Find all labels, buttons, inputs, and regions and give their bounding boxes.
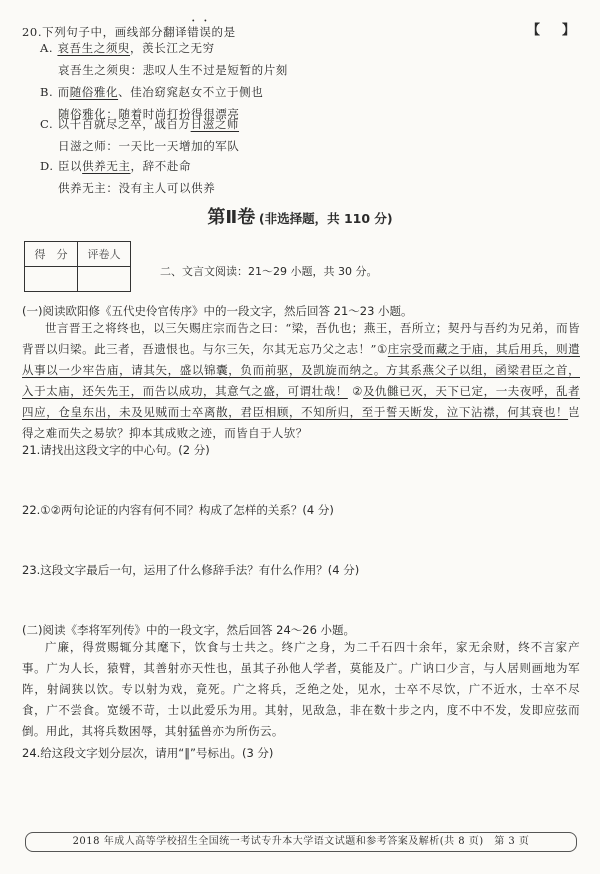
grader-table: 得 分 评卷人 [24,241,131,292]
option-b: B. 而随俗雅化、佳冶窈窕赵女不立于侧也 [40,84,263,100]
section-title-main: 第Ⅱ卷 [207,207,255,228]
question-22: 22.①②两句论证的内容有何不同？构成了怎样的关系？(4 分) [22,502,334,518]
stem-emphasis: 错误 [187,25,211,39]
option-before: 以千百就尽之卒，战百万 [58,117,191,131]
marker-2: ② [352,384,363,398]
section-title-sub: (非选择题，共 110 分) [259,211,393,226]
question-20-stem: 20.下列句子中，画线部分翻译错误的是 [22,18,236,40]
section-title: 第Ⅱ卷 (非选择题，共 110 分) [0,203,600,229]
option-d: D. 臣以供养无主，辞不赴命 [40,158,191,174]
option-before: 臣以 [58,159,82,173]
option-a-translation: 哀吾生之须臾：悲叹人生不过是短暂的片刻 [58,62,288,78]
grader-score-header: 得 分 [25,242,78,267]
option-underlined: 随俗雅化 [70,85,118,99]
question-24: 24.给这段文字划分层次，请用“‖”号标出。(3 分) [22,745,273,761]
grader-score-cell[interactable] [25,267,78,292]
reading2-intro: (二)阅读《李将军列传》中的一段文字，然后回答 24～26 小题。 [22,622,355,638]
passage-text: 广廉，得赏赐辄分其麾下，饮食与士共之。终广之身，为二千石四十余年，家无余财，终不… [22,637,580,742]
reading1-passage: 世言晋王之将终也，以三矢赐庄宗而告之曰：“梁，吾仇也；燕王，吾所立；契丹与吾约为… [22,318,580,444]
grader-name-header: 评卷人 [78,242,131,267]
option-underlined: 供养无主 [82,159,130,173]
option-underlined: 哀吾生之须臾 [57,41,130,55]
stem-text-end: 的是 [212,25,236,39]
page-footer: 2018 年成人高等学校招生全国统一考试专升本大学语文试题和参考答案及解析(共 … [25,832,577,852]
option-rest: ，辞不赴命 [131,159,192,173]
question-21: 21.请找出这段文字的中心句。(2 分) [22,442,210,458]
option-before: 而 [58,85,70,99]
option-rest: ，羡长江之无穷 [130,41,215,55]
reading2-passage: 广廉，得赏赐辄分其麾下，饮食与士共之。终广之身，为二千石四十余年，家无余财，终不… [22,637,580,742]
question-23: 23.这段文字最后一句，运用了什么修辞手法？有什么作用？(4 分) [22,562,359,578]
option-label: B. [40,85,53,99]
option-label: A. [40,41,53,55]
option-rest: 、佳冶窈窕赵女不立于侧也 [118,85,263,99]
answer-bracket[interactable]: 【】 [527,19,597,38]
option-d-translation: 供养无主：没有主人可以供养 [58,180,215,196]
reading1-intro: (一)阅读欧阳修《五代史伶官传序》中的一段文字，然后回答 21～23 小题。 [22,303,413,319]
grader-name-cell[interactable] [78,267,131,292]
option-label: C. [40,117,53,131]
part-heading: 二、文言文阅读：21～29 小题，共 30 分。 [160,263,377,279]
option-c: C. 以千百就尽之卒，战百万日滋之师 [40,116,239,132]
option-label: D. [40,159,54,173]
stem-text: 20.下列句子中，画线部分翻译 [22,25,187,39]
option-underlined: 日滋之师 [191,117,239,131]
option-a: A. 哀吾生之须臾，羡长江之无穷 [40,40,215,56]
marker-1: ① [377,342,388,356]
option-c-translation: 日滋之师：一天比一天增加的军队 [58,138,240,154]
